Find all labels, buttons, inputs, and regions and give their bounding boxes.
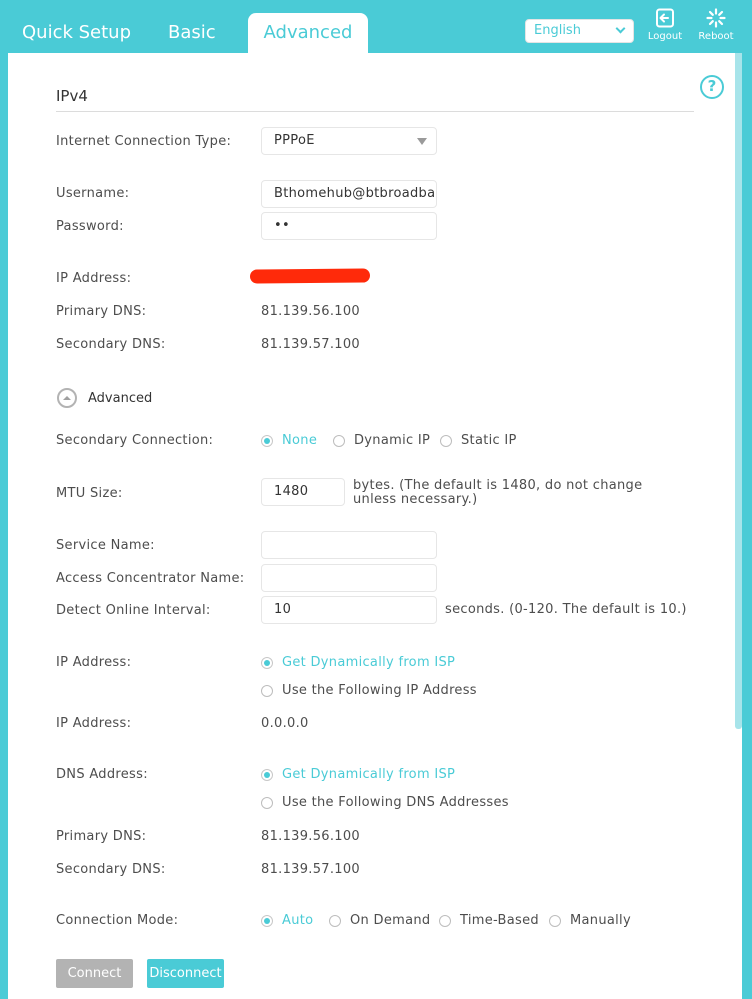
section-divider <box>56 111 694 112</box>
mtu-note: bytes. (The default is 1480, do not chan… <box>353 479 653 507</box>
radio-unselected-icon <box>439 915 451 927</box>
access-concentrator-label: Access Concentrator Name: <box>56 571 244 586</box>
radio-label: Get Dynamically from ISP <box>282 767 455 782</box>
reboot-label: Reboot <box>698 31 733 42</box>
primary-dns-value-2: 81.139.56.100 <box>261 829 360 844</box>
connection-mode-manually-radio[interactable]: Manually <box>549 913 631 928</box>
secondary-connection-label: Secondary Connection: <box>56 433 213 448</box>
connect-button[interactable]: Connect <box>56 959 133 988</box>
radio-label: Dynamic IP <box>354 433 430 448</box>
mtu-label: MTU Size: <box>56 486 123 501</box>
username-label: Username: <box>56 186 129 201</box>
dns-mode-label: DNS Address: <box>56 767 148 782</box>
password-input[interactable]: •• <box>261 212 437 240</box>
chevron-down-icon <box>616 24 626 34</box>
radio-label: Time-Based <box>460 913 539 928</box>
tab-quick-setup[interactable]: Quick Setup <box>22 13 131 53</box>
connection-type-label: Internet Connection Type: <box>56 134 231 149</box>
radio-label: None <box>282 433 317 448</box>
radio-label: On Demand <box>350 913 430 928</box>
radio-unselected-icon <box>261 685 273 697</box>
radio-label: Auto <box>282 913 313 928</box>
primary-dns-label: Primary DNS: <box>56 304 146 319</box>
ip-address-value: 0.0.0.0 <box>261 716 309 731</box>
radio-selected-icon <box>261 915 273 927</box>
dns-static-radio[interactable]: Use the Following DNS Addresses <box>261 795 509 810</box>
reboot-icon <box>706 8 726 28</box>
language-select[interactable]: English <box>525 19 634 43</box>
radio-unselected-icon <box>333 435 345 447</box>
redaction-mark <box>250 268 370 283</box>
question-circle-icon[interactable]: ? <box>700 75 724 99</box>
detect-interval-note: seconds. (0-120. The default is 10.) <box>445 603 687 617</box>
radio-selected-icon <box>261 657 273 669</box>
ip-static-radio[interactable]: Use the Following IP Address <box>261 683 477 698</box>
radio-unselected-icon <box>549 915 561 927</box>
connection-mode-label: Connection Mode: <box>56 913 178 928</box>
radio-unselected-icon <box>440 435 452 447</box>
logout-label: Logout <box>648 31 682 42</box>
connection-type-select[interactable]: PPPoE <box>261 127 437 155</box>
secondary-connection-none-radio[interactable]: None <box>261 433 317 448</box>
primary-dns-value: 81.139.56.100 <box>261 304 360 319</box>
reboot-button[interactable]: Reboot <box>693 8 739 42</box>
tab-basic[interactable]: Basic <box>168 13 216 53</box>
secondary-dns-value: 81.139.57.100 <box>261 337 360 352</box>
secondary-connection-dynamic-radio[interactable]: Dynamic IP <box>333 433 430 448</box>
top-nav-bar: Quick Setup Basic Advanced English Logou… <box>0 0 752 53</box>
section-title: IPv4 <box>56 87 88 105</box>
service-name-input[interactable] <box>261 531 437 559</box>
ip-address-label: IP Address: <box>56 271 131 286</box>
advanced-toggle-label[interactable]: Advanced <box>88 391 152 406</box>
password-label: Password: <box>56 219 124 234</box>
logout-button[interactable]: Logout <box>642 8 688 42</box>
secondary-dns-label: Secondary DNS: <box>56 337 166 352</box>
vertical-scrollbar[interactable] <box>735 53 742 729</box>
radio-label: Manually <box>570 913 631 928</box>
radio-selected-icon <box>261 769 273 781</box>
connection-mode-time-based-radio[interactable]: Time-Based <box>439 913 539 928</box>
mtu-input[interactable]: 1480 <box>261 478 345 506</box>
detect-interval-input[interactable]: 10 <box>261 596 437 624</box>
radio-unselected-icon <box>329 915 341 927</box>
radio-selected-icon <box>261 435 273 447</box>
language-value: English <box>534 23 581 38</box>
dns-dynamic-radio[interactable]: Get Dynamically from ISP <box>261 767 455 782</box>
logout-icon <box>655 8 675 28</box>
radio-label: Use the Following DNS Addresses <box>282 795 509 810</box>
ip-dynamic-radio[interactable]: Get Dynamically from ISP <box>261 655 455 670</box>
primary-dns-label-2: Primary DNS: <box>56 829 146 844</box>
secondary-dns-value-2: 81.139.57.100 <box>261 862 360 877</box>
username-input[interactable]: Bthomehub@btbroadband. <box>261 180 437 208</box>
service-name-label: Service Name: <box>56 538 155 553</box>
ip-address-label-2: IP Address: <box>56 716 131 731</box>
radio-label: Get Dynamically from ISP <box>282 655 455 670</box>
access-concentrator-input[interactable] <box>261 564 437 592</box>
disconnect-button[interactable]: Disconnect <box>147 959 224 988</box>
detect-interval-label: Detect Online Interval: <box>56 603 211 618</box>
collapse-advanced-icon[interactable] <box>57 388 77 408</box>
ip-mode-label: IP Address: <box>56 655 131 670</box>
connection-mode-on-demand-radio[interactable]: On Demand <box>329 913 430 928</box>
radio-label: Use the Following IP Address <box>282 683 477 698</box>
secondary-dns-label-2: Secondary DNS: <box>56 862 166 877</box>
dropdown-arrow-icon <box>417 138 427 145</box>
radio-unselected-icon <box>261 797 273 809</box>
connection-mode-auto-radio[interactable]: Auto <box>261 913 313 928</box>
secondary-connection-static-radio[interactable]: Static IP <box>440 433 517 448</box>
connection-type-value: PPPoE <box>274 133 315 148</box>
tab-advanced[interactable]: Advanced <box>248 13 368 53</box>
radio-label: Static IP <box>461 433 517 448</box>
